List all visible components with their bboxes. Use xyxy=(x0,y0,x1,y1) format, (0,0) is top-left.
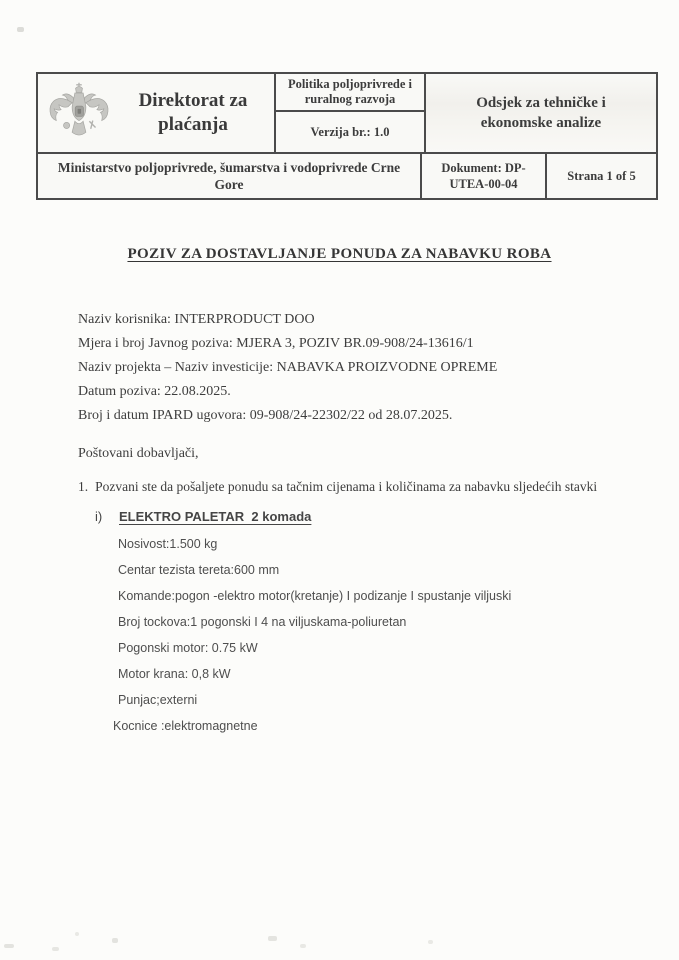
instruction-number: 1. xyxy=(78,479,88,495)
montenegro-coat-of-arms-icon xyxy=(38,81,120,145)
policy-version-column: Politika poljoprivrede i ruralnog razvoj… xyxy=(276,74,426,152)
spec-line: Motor krana: 0,8 kW xyxy=(118,661,511,687)
spec-line: Centar tezista tereta:600 mm xyxy=(118,557,511,583)
detail-lines: Naziv korisnika: INTERPRODUCT DOO Mjera … xyxy=(78,308,497,428)
item-specs: Nosivost:1.500 kg Centar tezista tereta:… xyxy=(118,531,511,739)
scan-artifact xyxy=(75,932,79,936)
header-table: Direktorat za plaćanja Politika poljopri… xyxy=(36,72,658,200)
item-index: i) xyxy=(95,509,119,524)
scan-artifact xyxy=(112,938,118,943)
ministry-cell: Ministarstvo poljoprivrede, šumarstva i … xyxy=(38,154,422,198)
document-page: Direktorat za plaćanja Politika poljopri… xyxy=(0,0,679,960)
spec-line: Komande:pogon -elektro motor(kretanje) I… xyxy=(118,583,511,609)
document-number-cell: Dokument: DP-UTEA-00-04 xyxy=(422,154,547,198)
detail-line: Datum poziva: 22.08.2025. xyxy=(78,380,497,404)
instruction-text: Pozvani ste da pošaljete ponudu sa tačni… xyxy=(95,479,597,494)
salutation: Poštovani dobavljači, xyxy=(78,446,199,462)
detail-line: Naziv projekta – Naziv investicije: NABA… xyxy=(78,356,497,380)
header-row-bottom: Ministarstvo poljoprivrede, šumarstva i … xyxy=(38,152,656,198)
directorate-title: Direktorat za plaćanja xyxy=(120,89,274,137)
spec-line: Nosivost:1.500 kg xyxy=(118,531,511,557)
document-title: POZIV ZA DOSTAVLJANJE PONUDA ZA NABAVKU … xyxy=(0,246,679,263)
item-name: ELEKTRO PALETAR 2 komada xyxy=(119,509,311,524)
scan-artifact xyxy=(268,936,277,941)
scan-artifact xyxy=(4,944,14,948)
scan-artifact xyxy=(52,947,59,951)
detail-line: Broj i datum IPARD ugovora: 09-908/24-22… xyxy=(78,404,497,428)
spec-line: Punjac;externi xyxy=(118,687,511,713)
scan-artifact xyxy=(428,940,433,944)
department-cell: Odsjek za tehničke i ekonomske analize xyxy=(426,74,656,152)
spec-line: Kocnice :elektromagnetne xyxy=(113,713,511,739)
scan-artifact xyxy=(300,944,306,948)
policy-cell: Politika poljoprivrede i ruralnog razvoj… xyxy=(276,74,424,112)
instruction-line: 1.Pozvani ste da pošaljete ponudu sa tač… xyxy=(78,479,597,495)
spec-line: Broj tockova:1 pogonski I 4 na viljuskam… xyxy=(118,609,511,635)
header-row-top: Direktorat za plaćanja Politika poljopri… xyxy=(38,74,656,152)
detail-line: Mjera i broj Javnog poziva: MJERA 3, POZ… xyxy=(78,332,497,356)
scan-artifact xyxy=(17,27,24,32)
spec-line: Pogonski motor: 0.75 kW xyxy=(118,635,511,661)
directorate-cell: Direktorat za plaćanja xyxy=(38,74,276,152)
page-number-cell: Strana 1 of 5 xyxy=(547,154,656,198)
version-cell: Verzija br.: 1.0 xyxy=(276,112,424,152)
detail-line: Naziv korisnika: INTERPRODUCT DOO xyxy=(78,308,497,332)
item-heading: i)ELEKTRO PALETAR 2 komada xyxy=(95,509,311,524)
